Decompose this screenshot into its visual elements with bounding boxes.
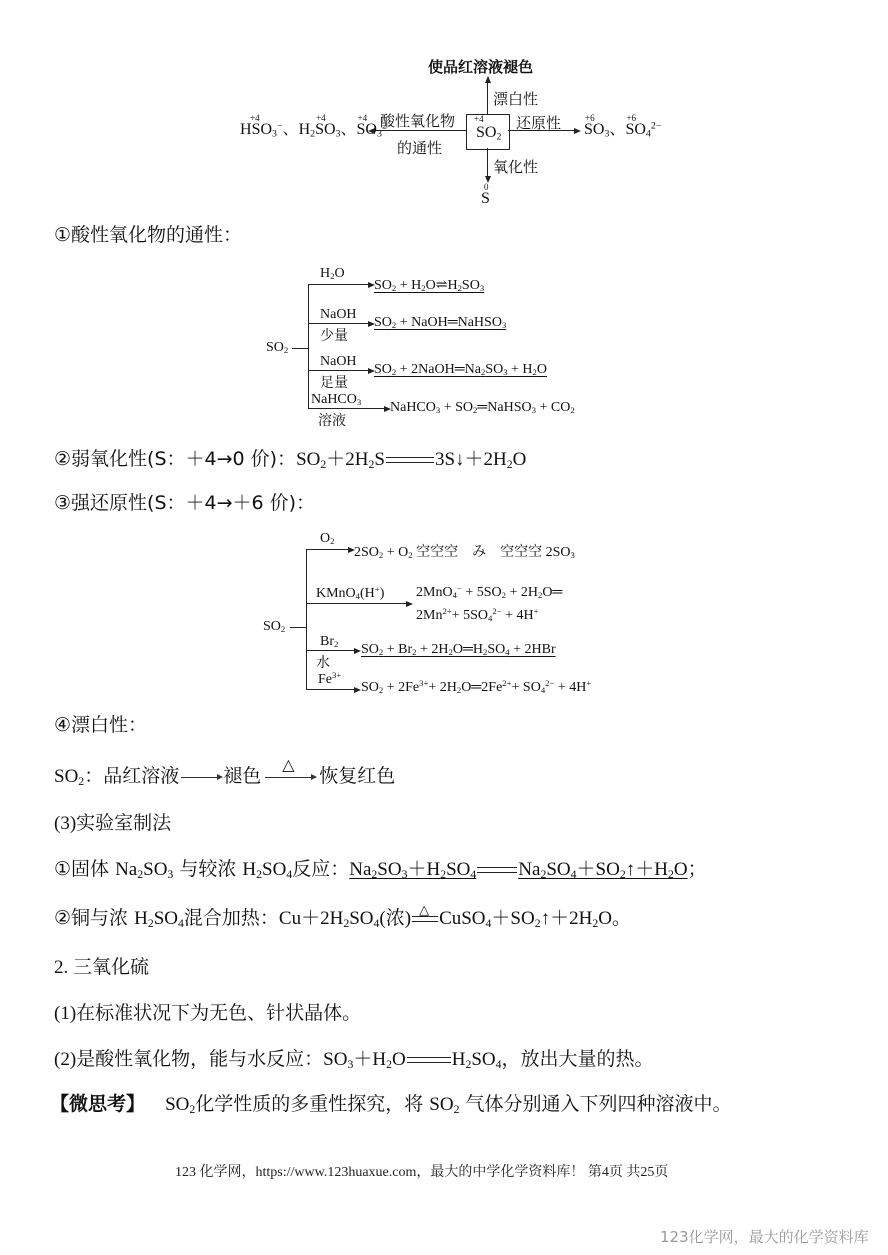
up-label: 漂白性 bbox=[493, 88, 538, 109]
think-tag: 【微思考】 bbox=[50, 1093, 145, 1115]
tree1-reagent-1: H2O bbox=[320, 266, 345, 282]
tree2-equation-2a: 2MnO4− + 5SO2 + 2H2O═ bbox=[416, 585, 562, 601]
left-target: H+4SO3−、H2S+4O3、S+4O32− bbox=[240, 116, 392, 139]
equals-double-line bbox=[477, 867, 517, 873]
arrow-right-icon bbox=[354, 687, 361, 693]
tree2-equation-1: 2SO2 + O2 空空空 み 空空空 2SO3 bbox=[354, 541, 575, 561]
tree2-root-line bbox=[290, 627, 307, 628]
tree2-arrow-line-4 bbox=[306, 689, 356, 690]
tree1-reagent-4: NaHCO3 bbox=[311, 392, 361, 408]
lab-heading: (3)实验室制法 bbox=[54, 811, 171, 836]
tree1-reagent-3: NaOH bbox=[320, 354, 357, 370]
page-footer: 123 化学网，https://www.123huaxue.com，最大的中学化… bbox=[175, 1161, 668, 1181]
left-label-2: 的通性 bbox=[397, 137, 442, 158]
step-2: 褪色 bbox=[223, 765, 261, 787]
tree2-root: SO2 bbox=[263, 619, 285, 635]
tree1-reagent-2: NaOH bbox=[320, 307, 357, 323]
tree2-arrow-line-3 bbox=[306, 650, 356, 651]
section2-heading: ②弱氧化性(S：＋4→0 价)： bbox=[54, 448, 296, 470]
center-ox: +4 bbox=[474, 114, 484, 124]
tree2-reagent-2: KMnO4(H+) bbox=[316, 586, 384, 602]
tree2-reagent-1: O2 bbox=[320, 531, 334, 547]
tree2-reagent-3: Br2 bbox=[320, 634, 338, 650]
arrow-right-icon bbox=[354, 648, 361, 654]
tree2-trunk bbox=[306, 549, 307, 689]
up-target: 使品红溶液褪色 bbox=[428, 56, 533, 77]
section3-heading: ③强还原性(S：＋4→＋6 价)： bbox=[54, 491, 315, 515]
arrow-right-icon bbox=[181, 777, 221, 778]
heat-symbol: △ bbox=[282, 753, 294, 777]
down-line bbox=[487, 148, 488, 178]
equals-double-line: △ bbox=[412, 916, 438, 922]
tree2-equation-2b: 2Mn2++ 5SO42− + 4H+ bbox=[416, 608, 538, 624]
section4-heading: ④漂白性： bbox=[54, 713, 147, 737]
arrow-right-icon bbox=[406, 601, 413, 607]
tree2-equation-4: SO2 + 2Fe3++ 2H2O═2Fe2++ SO42− + 4H+ bbox=[361, 680, 591, 696]
tree1-equation-4: NaHCO3 + SO2═NaHSO3 + CO2 bbox=[390, 400, 575, 416]
tree2-cond-3: 水 bbox=[316, 652, 330, 672]
tree1-root-line bbox=[292, 348, 308, 349]
section4-line: SO2：品红溶液褪色△恢复红色 bbox=[54, 764, 395, 789]
so3-heading: 2. 三氧化硫 bbox=[54, 955, 149, 980]
arrow-up-icon bbox=[485, 76, 491, 83]
tree1-equation-3: SO2 + 2NaOH═Na2SO3 + H2O bbox=[374, 362, 547, 378]
center-formula: SO2 bbox=[476, 124, 501, 142]
section1-heading: ①酸性氧化物的通性： bbox=[54, 223, 242, 247]
step-3: 恢复红色 bbox=[319, 765, 395, 787]
tree2-reagent-4: Fe3+ bbox=[318, 672, 341, 688]
right-target: S+6O3、S+6O42− bbox=[584, 116, 661, 139]
think-line: 【微思考】 SO2化学性质的多重性探究，将 SO2 气体分别通入下列四种溶液中。 bbox=[50, 1092, 732, 1117]
equals-double-line bbox=[407, 1057, 451, 1063]
heat-symbol: △ bbox=[419, 899, 429, 923]
tree1-equation-2: SO2 + NaOH═NaHSO3 bbox=[374, 315, 506, 331]
tree2-equation-3: SO2 + Br2 + 2H2O═H2SO4 + 2HBr bbox=[361, 642, 556, 658]
so3-p2: (2)是酸性氧化物，能与水反应：SO3＋H2OH2SO4，放出大量的热。 bbox=[54, 1047, 654, 1072]
equals-double-line bbox=[386, 457, 434, 463]
down-label: 氧化性 bbox=[493, 156, 538, 177]
right-label: 还原性 bbox=[516, 112, 561, 133]
so3-p1: (1)在标准状况下为无色、针状晶体。 bbox=[54, 1001, 361, 1026]
tree1-trunk bbox=[308, 284, 309, 408]
up-line bbox=[487, 80, 488, 114]
tree1-root: SO2 bbox=[266, 340, 288, 356]
tree1-cond-4: 溶液 bbox=[318, 410, 346, 430]
arrow-right-icon: △ bbox=[265, 777, 315, 778]
tree1-arrow-line-1 bbox=[308, 284, 370, 285]
tree1-cond-3: 足量 bbox=[320, 372, 348, 392]
lab-item-2: ②铜与浓 H2SO4混合加热：Cu＋2H2SO4(浓)△CuSO4＋SO2↑＋2… bbox=[54, 906, 631, 931]
tree1-cond-2: 少量 bbox=[320, 325, 348, 345]
tree2-arrow-line-2 bbox=[306, 603, 408, 604]
lab-item-1: ①固体 Na2SO3 与较浓 H2SO4反应：Na2SO3＋H2SO4Na2SO… bbox=[54, 857, 707, 882]
arrow-right-icon bbox=[574, 128, 581, 134]
step-1: 品红溶液 bbox=[103, 765, 179, 787]
watermark: 123化学网，最大的化学资料库 bbox=[660, 1226, 869, 1247]
tree2-arrow-line-1 bbox=[306, 549, 350, 550]
down-target: S bbox=[481, 190, 490, 208]
section2-line: ②弱氧化性(S：＋4→0 价)：SO2＋2H2S3S↓＋2H2O bbox=[54, 447, 526, 472]
tree1-equation-1: SO2 + H2O⇌H2SO3 bbox=[374, 277, 484, 294]
